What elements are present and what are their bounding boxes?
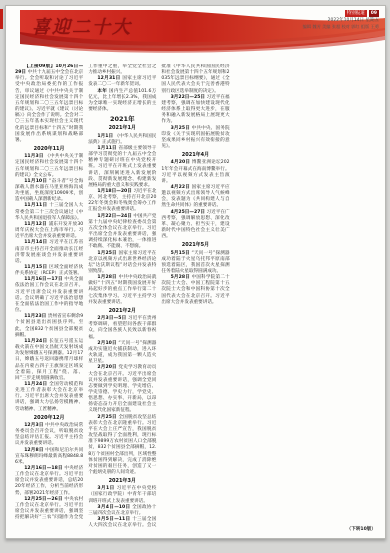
date-lead: 4月25日—27日: [171, 210, 205, 215]
month-heading: 2020年11月: [15, 146, 83, 152]
date-lead: 11月15日: [24, 265, 47, 270]
chronicle-paragraph: 12月3日 中共中央政治局常务委员会召开会议，听取脱贫攻坚总结评估汇报。习近平主…: [15, 423, 83, 448]
article-columns: 【上接09版】10月26日—29日 中共十九届五中全会在北京举行。全会听取和讨论…: [15, 64, 376, 533]
chronicle-paragraph: 11月15日 区域全面经济伙伴关系协定（RCEP）正式签署。: [15, 265, 83, 277]
chronicle-paragraph: 11月14日 习近平在江苏省南京市主持召开全面推动长江经济带发展座谈会并发表重要…: [15, 240, 83, 265]
masthead: 喜迎二十大 特别报道 09 2022年10月14日 星期五 编辑 魏芳 美编 张…: [6, 6, 385, 60]
date-lead: 11月24日: [24, 382, 47, 387]
date-lead: 11月23日: [24, 314, 46, 319]
chronicle-paragraph: 【上接09版】10月26日—29日 中共十九届五中全会在北京举行。全会听取和讨论…: [15, 64, 83, 144]
chronicle-paragraph: 11月11日 十三届全国人大常委会第二十三次会议通过《中华人民共和国退役军人保障…: [15, 203, 83, 221]
chronicle-paragraph: 1月22日—24日 中国共产党第十九届中央纪律检查委员会第五次全体会议在北京举行…: [88, 214, 156, 251]
chronicle-paragraph: 12月8日 中国和尼泊尔共同宣布珠穆朗玛峰最新高程8848.86米。: [15, 448, 83, 466]
chronicle-paragraph: 11月16日—17日 中央全面依法治国工作会议在北京召开。习近平出席会议并发表重…: [15, 277, 83, 314]
date-lead: 本年: [97, 89, 107, 94]
chronicle-paragraph: 2月10日 “天问一号”探测器成功实施近火捕获制动，进入环火轨道，成为我国第一颗…: [88, 341, 156, 366]
chronicle-paragraph: 3月4日—10日 全国政协十三届四次会议在北京举行。: [88, 505, 156, 517]
date-lead: 3月25日: [171, 126, 190, 131]
chronicle-paragraph: 11月12日 浦东开发开放30周年庆祝大会在上海市举行。习近平出席大会并发表重要…: [15, 222, 83, 240]
date-lead: 12月31日: [97, 76, 120, 81]
chronicle-paragraph: 1月18日—20日 习近平在北京、河北考察，主持召开北京2022年冬奥会和冬残奥…: [88, 189, 156, 214]
date-lead: 12月3日: [24, 423, 43, 428]
date-lead: 2月10日: [97, 341, 116, 346]
date-lead: 3月5日—11日: [97, 517, 130, 522]
date-lead: 11月24日: [24, 339, 47, 344]
chronicle-paragraph: 3月1日 习近平在中央党校（国家行政学院）中青年干部培训班开班式上发表重要讲话。: [88, 486, 156, 504]
chronicle-paragraph: 1月1日 《中华人民共和国民法典》正式施行。: [88, 134, 156, 146]
date-lead: 4月22日: [171, 185, 190, 190]
chronicle-paragraph: 2月20日 党史学习教育动员大会在北京召开。习近平出席会议并发表重要讲话，强调全…: [88, 365, 156, 414]
page-title: 喜迎二十大: [32, 13, 132, 39]
chronicle-paragraph: 1月25日 国家主席习近平在北京以视频方式出席世界经济论坛“达沃斯议程”对话会并…: [88, 251, 156, 276]
article-body-wrap: 【上接09版】10月26日—29日 中共十九届五中全会在北京举行。全会听取和讨论…: [15, 64, 376, 533]
date-lead: 1月25日: [97, 251, 116, 256]
month-heading: 2020年12月: [15, 415, 83, 421]
date-lead: 11月10日: [24, 179, 47, 184]
date-lead: 3月22日—25日: [171, 95, 205, 100]
month-heading: 2021年2月: [88, 308, 156, 314]
section-badge: 特别报道: [345, 10, 367, 17]
month-heading: 2021年3月: [88, 478, 156, 484]
date-lead: 12月8日: [24, 448, 43, 453]
date-lead: 1月1日: [97, 134, 113, 139]
chronicle-paragraph: 12月31日 国家主席习近平发表二〇二一年新年贺词。: [88, 76, 156, 88]
chronicle-paragraph: 2月25日 全国脱贫攻坚总结表彰大会在北京隆重举行。习近平在大会上庄严宣告，我国…: [88, 415, 156, 477]
date-lead: 1月22日—24日: [97, 214, 131, 219]
chronicle-paragraph: 11月10日 “奋斗者”号全海深载人潜水器在马里亚纳海沟成功坐底，坐底深度109…: [15, 179, 83, 204]
date-lead: 11月3日: [24, 154, 43, 159]
date-lead: 2月3日—5日: [97, 316, 126, 321]
date-lead: 1月11日: [97, 146, 116, 151]
date-lead: 2月25日: [97, 415, 116, 420]
chronicle-paragraph: 2月3日—5日 习近平在贵州考察调研，看望慰问各族干部群众，向全国各族人民致以新…: [88, 316, 156, 341]
chronicle-paragraph: 4月20日 博鳌亚洲论坛2021年年会开幕式在海南博鳌举行。习近平以视频方式发表…: [161, 160, 229, 185]
date-lead: 【上接09版】10月26日—29日: [15, 64, 83, 75]
date-lead: 12月16日—18日: [24, 466, 63, 471]
chronicle-paragraph: 12月16日—18日 中央经济工作会议在北京举行。习近平出席会议并发表重要讲话，…: [15, 466, 83, 497]
date-lead: 11月12日: [24, 222, 47, 227]
chronicle-paragraph: 11月24日 长征五号遥五运载火箭在中国文昌航天发射场成功发射嫦娥五号探测器。1…: [15, 339, 83, 382]
month-heading: 2021年1月: [88, 125, 156, 131]
date-lead: 11月16日—17日: [24, 277, 63, 282]
chronicle-paragraph: 5月28日 中国科学院第二十次院士大会、中国工程院第十五次院士大会和中国科协第十…: [161, 275, 229, 306]
chronicle-paragraph: 4月25日—27日 习近平在广西考察，强调解放思想、深化改革、凝心聚力、担当实干…: [161, 210, 229, 241]
date-lead: 3月1日: [97, 486, 114, 491]
newspaper-page: 喜迎二十大 特别报道 09 2022年10月14日 星期五 编辑 魏芳 美编 张…: [5, 5, 386, 539]
credits-line: 编辑 魏芳 美编 张超 校对 郭红 组版 王勇: [303, 24, 379, 30]
chronicle-paragraph: 3月25日 中共中央、国务院印发《关于实现巩固拓展脱贫攻坚成果同乡村振兴有效衔接…: [161, 126, 229, 151]
masthead-right: 特别报道 09 2022年10月14日 星期五 编辑 魏芳 美编 张超 校对 郭…: [303, 10, 379, 30]
date-lead: 4月20日: [171, 160, 191, 165]
page-edge-mark: [0, 9, 3, 29]
date-lead: 11月11日: [24, 203, 47, 208]
continued-to-marker: （下转10版）: [344, 526, 376, 532]
chronicle-paragraph: 1月11日 省部级主要领导干部学习贯彻党的十九届五中全会精神专题研讨班在中央党校…: [88, 146, 156, 189]
date-lead: 11月14日: [24, 240, 47, 245]
date-lead: 12月25日—26日: [24, 497, 63, 502]
chronicle-paragraph: 4月22日 国家主席习近平应邀以视频方式出席领导人气候峰会，发表题为《共同构建人…: [161, 185, 229, 210]
chronicle-paragraph: 1月28日 中共中央政治局就做好“十四五”时期我国发展开好局起好步的重点工作举行…: [88, 275, 156, 306]
date-lead: 5月28日: [171, 275, 190, 280]
chronicle-paragraph: 本年 国内生产总值101.6万亿元，比上年增长2.3%，我国成为全球唯一实现经济…: [88, 89, 156, 114]
month-heading: 2021年5月: [161, 242, 229, 248]
badge-row: 特别报道 09: [303, 10, 379, 17]
chronicle-paragraph: 3月22日—25日 习近平在福建考察，强调在加快建设现代化经济体系上取得更大进步…: [161, 95, 229, 126]
date-lead: 3月4日—10日: [97, 505, 130, 510]
month-heading: 2021年4月: [161, 152, 229, 158]
date-lead: 1月28日: [97, 275, 116, 280]
date-lead: 1月18日—20日: [97, 189, 131, 194]
year-heading: 2021年: [88, 116, 156, 122]
chronicle-paragraph: 11月3日 《中共中央关于制定国民经济和社会发展第十四个五年规划和二〇三五年远景…: [15, 154, 83, 179]
date-lead: 5月15日: [171, 251, 190, 256]
date-lead: 2月20日: [97, 365, 116, 370]
chronicle-paragraph: 11月24日 全国劳动模范和先进工作者表彰大会在北京举行。习近平出席大会并发表重…: [15, 382, 83, 413]
chronicle-paragraph: 5月15日 “天问一号”探测器成功着陆于火星乌托邦平原南部预选着陆区，我国首次火…: [161, 251, 229, 276]
page-number-badge: 09: [369, 10, 379, 17]
chronicle-paragraph: 11月23日 贵州省宣布剩余9个贫困县退出贫困县序列。至此，全国832个贫困县全…: [15, 314, 83, 339]
